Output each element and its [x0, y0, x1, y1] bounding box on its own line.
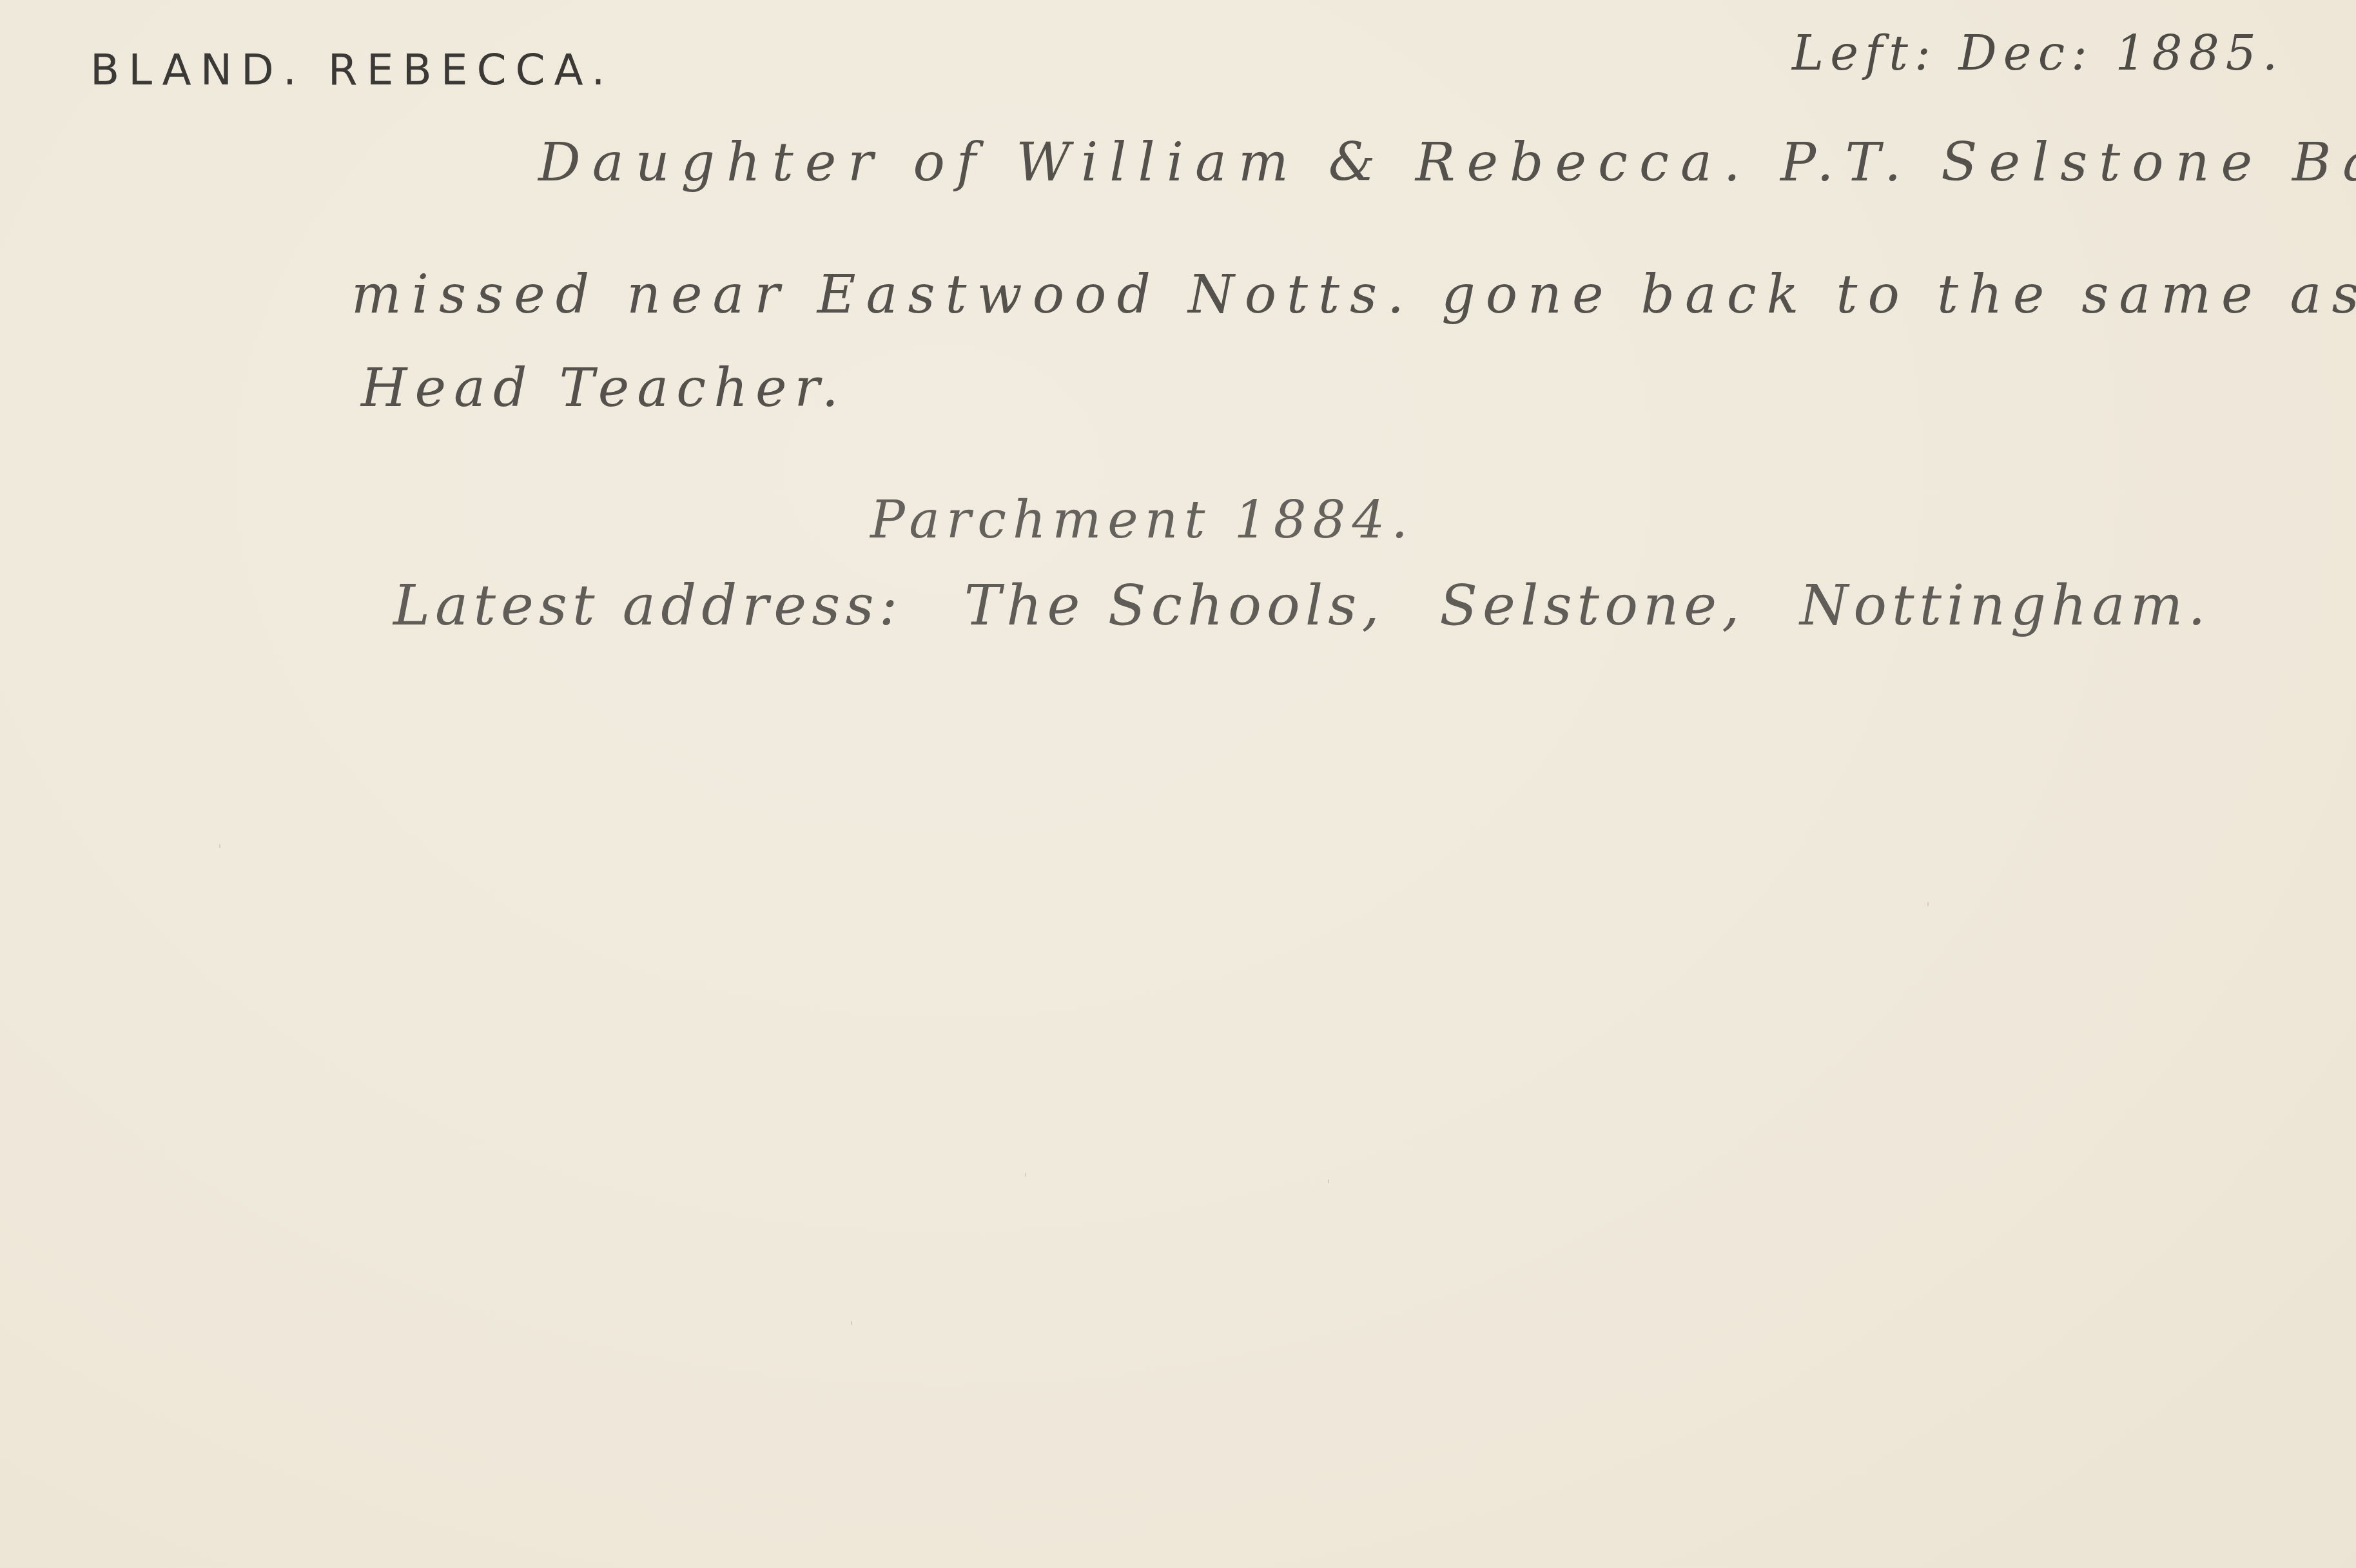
body-line-1: Daughter of William & Rebecca. P.T. Sels…: [538, 132, 2356, 193]
paper-speck: [1328, 1179, 1329, 1183]
body-line-3: Head Teacher.: [361, 358, 846, 419]
parchment-note: Parchment 1884.: [870, 490, 1414, 550]
paper-speck: [851, 1321, 852, 1325]
surname-heading: BLAND. REBECCA.: [90, 45, 614, 95]
paper-speck: [219, 844, 220, 848]
latest-address: Latest address: The Schools, Selstone, N…: [393, 574, 2243, 638]
left-date: Left: Dec: 1885.: [1792, 26, 2284, 81]
body-line-2: missed near Eastwood Notts. gone back to…: [351, 264, 2356, 325]
address-line-village: Selstone,: [1439, 574, 1744, 638]
address-line-city: Nottingham.: [1800, 574, 2211, 638]
address-label: Latest address:: [393, 574, 903, 638]
paper-speck: [1927, 902, 1929, 906]
address-line-school: The Schools,: [964, 574, 1385, 638]
paper-speck: [1025, 1173, 1026, 1177]
